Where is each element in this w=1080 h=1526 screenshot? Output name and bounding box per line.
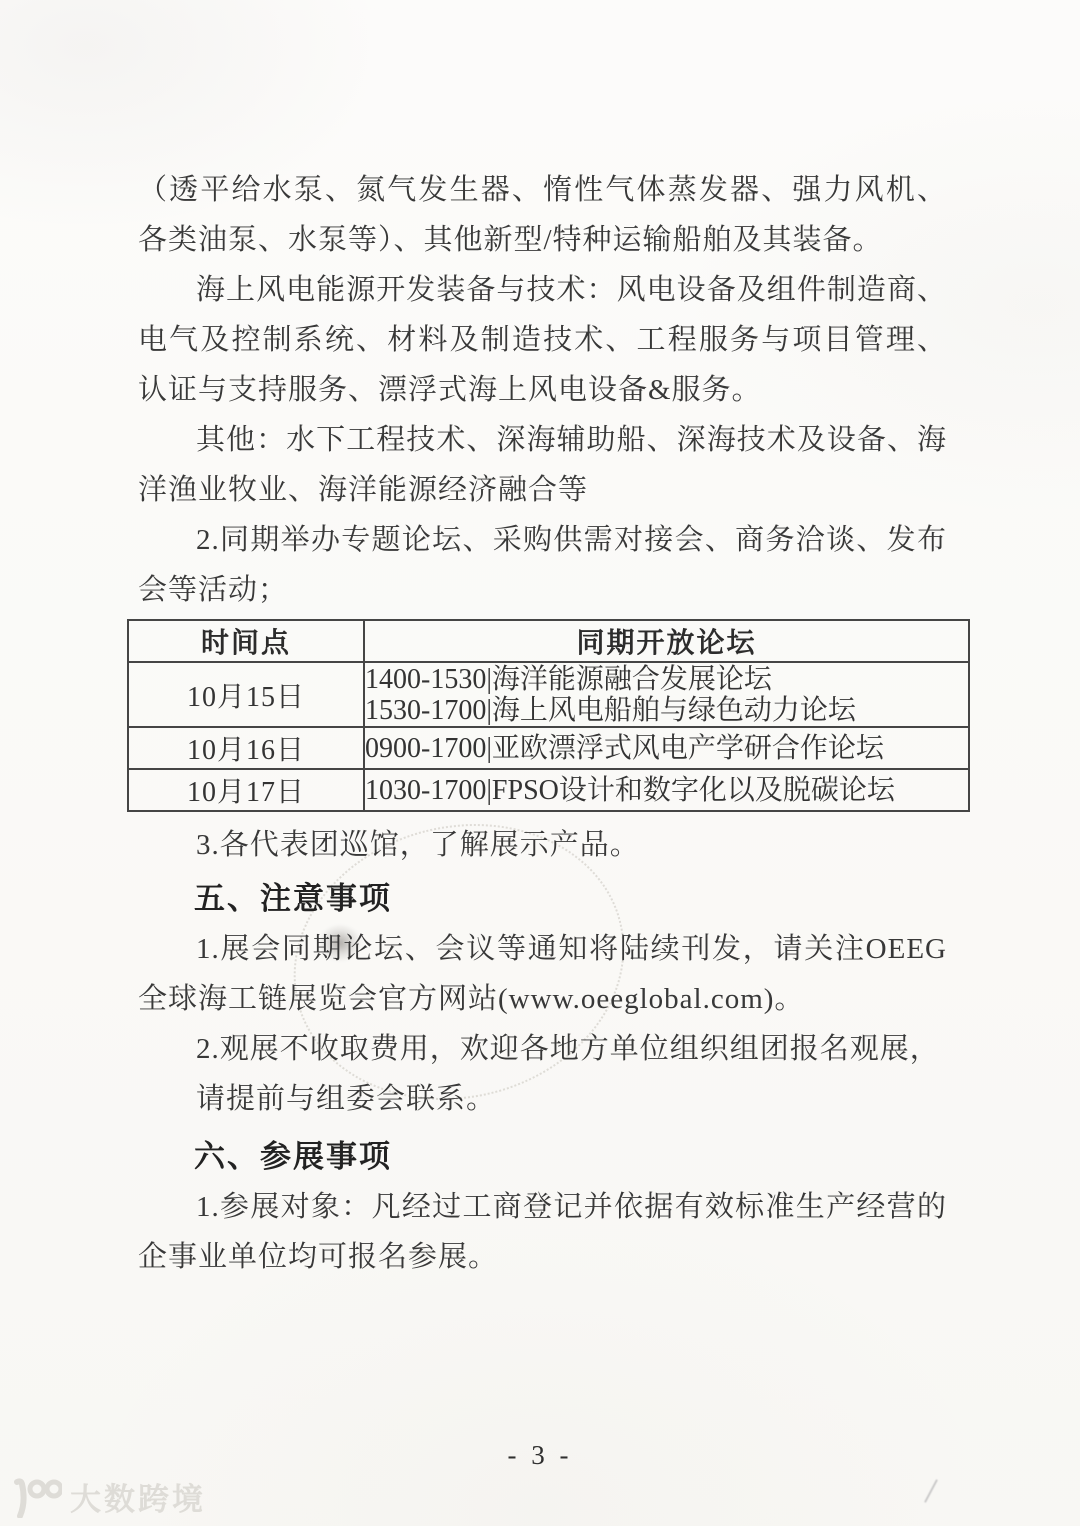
paragraph-note2-contact: 请提前与组委会联系。 [138,1074,947,1124]
watermark-text: 大数跨境 [70,1474,206,1519]
paragraph-item2-forums: 2.同期举办专题论坛、采购供需对接会、商务洽谈、发布会等活动； [138,515,947,615]
forum-entry: 1530-1700|海上风电船舶与绿色动力论坛 [365,695,968,726]
watermark-logo-icon [10,1476,62,1518]
section-heading-exhibitor: 六、参展事项 [138,1132,947,1182]
cell-date: 10月15日 [128,662,364,727]
forum-entry: 1030-1700|FPSO设计和数字化以及脱碳论坛 [365,775,968,806]
paragraph-others: 其他：水下工程技术、深海辅助船、深海技术及设备、海洋渔业牧业、海洋能源经济融合等 [138,415,947,515]
column-header-forum: 同期开放论坛 [364,620,969,662]
cell-date: 10月17日 [128,769,364,811]
section-heading-notes: 五、注意事项 [138,874,947,924]
document-body: （透平给水泵、氮气发生器、惰性气体蒸发器、强力风机、各类油泵、水泵等）、其他新型… [138,165,947,1282]
paragraph-offshore-wind: 海上风电能源开发装备与技术：风电设备及组件制造商、电气及控制系统、材料及制造技术… [138,265,947,415]
cell-forums: 1030-1700|FPSO设计和数字化以及脱碳论坛 [364,769,969,811]
paragraph-note1-website: 1.展会同期论坛、会议等通知将陆续刊发，请关注OEEG全球海工链展览会官方网站(… [138,924,947,1024]
table-row: 10月17日 1030-1700|FPSO设计和数字化以及脱碳论坛 [128,769,969,811]
cell-forums: 1400-1530|海洋能源融合发展论坛 1530-1700|海上风电船舶与绿色… [364,662,969,727]
table-row: 10月15日 1400-1530|海洋能源融合发展论坛 1530-1700|海上… [128,662,969,727]
paragraph-note2-free-admission: 2.观展不收取费用，欢迎各地方单位组织组团报名观展， [138,1024,947,1074]
column-header-time: 时间点 [128,620,364,662]
forum-entry: 1400-1530|海洋能源融合发展论坛 [365,664,968,695]
pen-mark-artifact [924,1479,938,1503]
watermark: 大数跨境 [10,1474,206,1519]
forum-entry: 0900-1700|亚欧漂浮式风电产学研合作论坛 [365,733,968,764]
table-row: 10月16日 0900-1700|亚欧漂浮式风电产学研合作论坛 [128,727,969,769]
table-header-row: 时间点 同期开放论坛 [128,620,969,662]
paragraph-equipment-list: （透平给水泵、氮气发生器、惰性气体蒸发器、强力风机、各类油泵、水泵等）、其他新型… [138,165,947,265]
paragraph-item3-tour: 3.各代表团巡馆，了解展示产品。 [138,820,947,870]
page-number: - 3 - [0,1440,1080,1471]
cell-date: 10月16日 [128,727,364,769]
forum-schedule-table: 时间点 同期开放论坛 10月15日 1400-1530|海洋能源融合发展论坛 1… [127,619,970,812]
cell-forums: 0900-1700|亚欧漂浮式风电产学研合作论坛 [364,727,969,769]
paragraph-exhibitor-eligibility: 1.参展对象：凡经过工商登记并依据有效标准生产经营的企事业单位均可报名参展。 [138,1182,947,1282]
